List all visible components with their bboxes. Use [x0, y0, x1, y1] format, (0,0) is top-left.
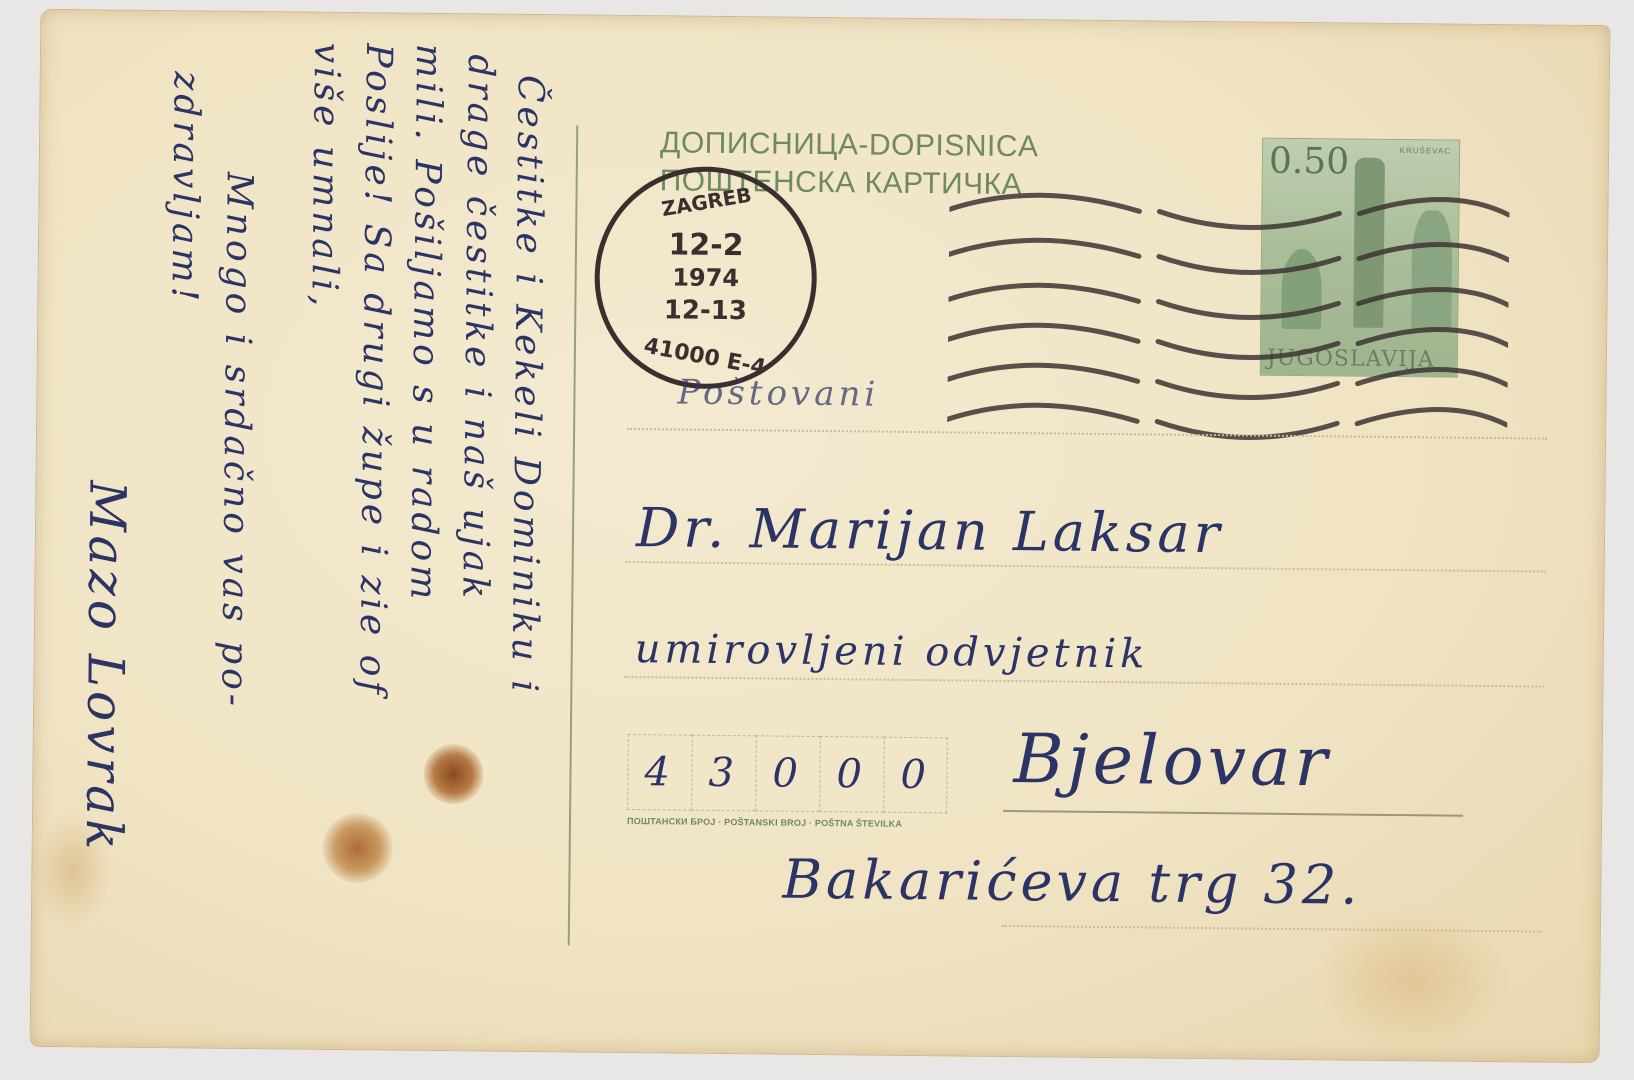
- postmark: ZAGREB 12-2 1974 12-13 41000 E-4: [594, 166, 818, 390]
- signature: Mazo Lovrak: [75, 480, 137, 853]
- message-line: drage čestitke i naš ujak: [454, 54, 501, 602]
- postal-code-digit: 0: [883, 737, 948, 814]
- recipient-name: Dr. Marijan Laksar: [636, 496, 1224, 565]
- postal-code-label: ПОШТАНСКИ БРОЈ · POŠTANSKI BROJ · POŠTNA…: [627, 816, 902, 829]
- message-divider: [568, 125, 579, 945]
- message-line: mili. Pošiljamo s u radom: [402, 44, 449, 604]
- message-line: Mnogo i srdačno vas po-: [213, 172, 260, 711]
- stain: [322, 813, 393, 884]
- recipient-salutation: Poštovani: [677, 373, 879, 415]
- postmark-year: 1974: [600, 263, 812, 293]
- postal-code-boxes: 4 3 0 0 0: [627, 734, 948, 813]
- stain: [423, 744, 484, 805]
- postal-code-digit: 0: [755, 735, 820, 812]
- wavy-cancellation-lines: [947, 179, 1510, 445]
- city-underline: [1003, 810, 1463, 817]
- stain: [1311, 903, 1513, 1055]
- recipient-street: Bakarićeva trg 32.: [782, 848, 1362, 917]
- stamp-value: 0.50: [1269, 141, 1350, 183]
- recipient-city: Bjelovar: [1013, 720, 1331, 802]
- postcard: ДОПИСНИЦА-DOPISNICA ПОШТЕНСКА КАРТИЧКА 0…: [31, 10, 1610, 1062]
- postal-code-digit: 0: [819, 736, 884, 813]
- message-line: zdravljam!: [163, 71, 206, 305]
- message-line: Čestitke i Kekeli Dominiku i: [503, 75, 551, 696]
- postal-code-digit: 3: [691, 735, 756, 812]
- message-line: više umnali,: [303, 43, 347, 311]
- address-line: [625, 676, 1545, 688]
- postmark-date: 12-2: [600, 227, 812, 264]
- address-line: [1002, 925, 1542, 933]
- postmark-city: ZAGREB: [600, 173, 813, 231]
- card-title-primary: ДОПИСНИЦА-DOPISNICA: [660, 126, 1039, 164]
- postal-code-digit: 4: [627, 734, 692, 811]
- postmark-time: 12-13: [599, 295, 811, 327]
- recipient-title: umirovljeni odvjetnik: [635, 626, 1149, 677]
- stamp-caption: KRUŠEVAC: [1400, 146, 1452, 156]
- message-line: Poslije! Sa drugi župe i zie of: [351, 43, 399, 698]
